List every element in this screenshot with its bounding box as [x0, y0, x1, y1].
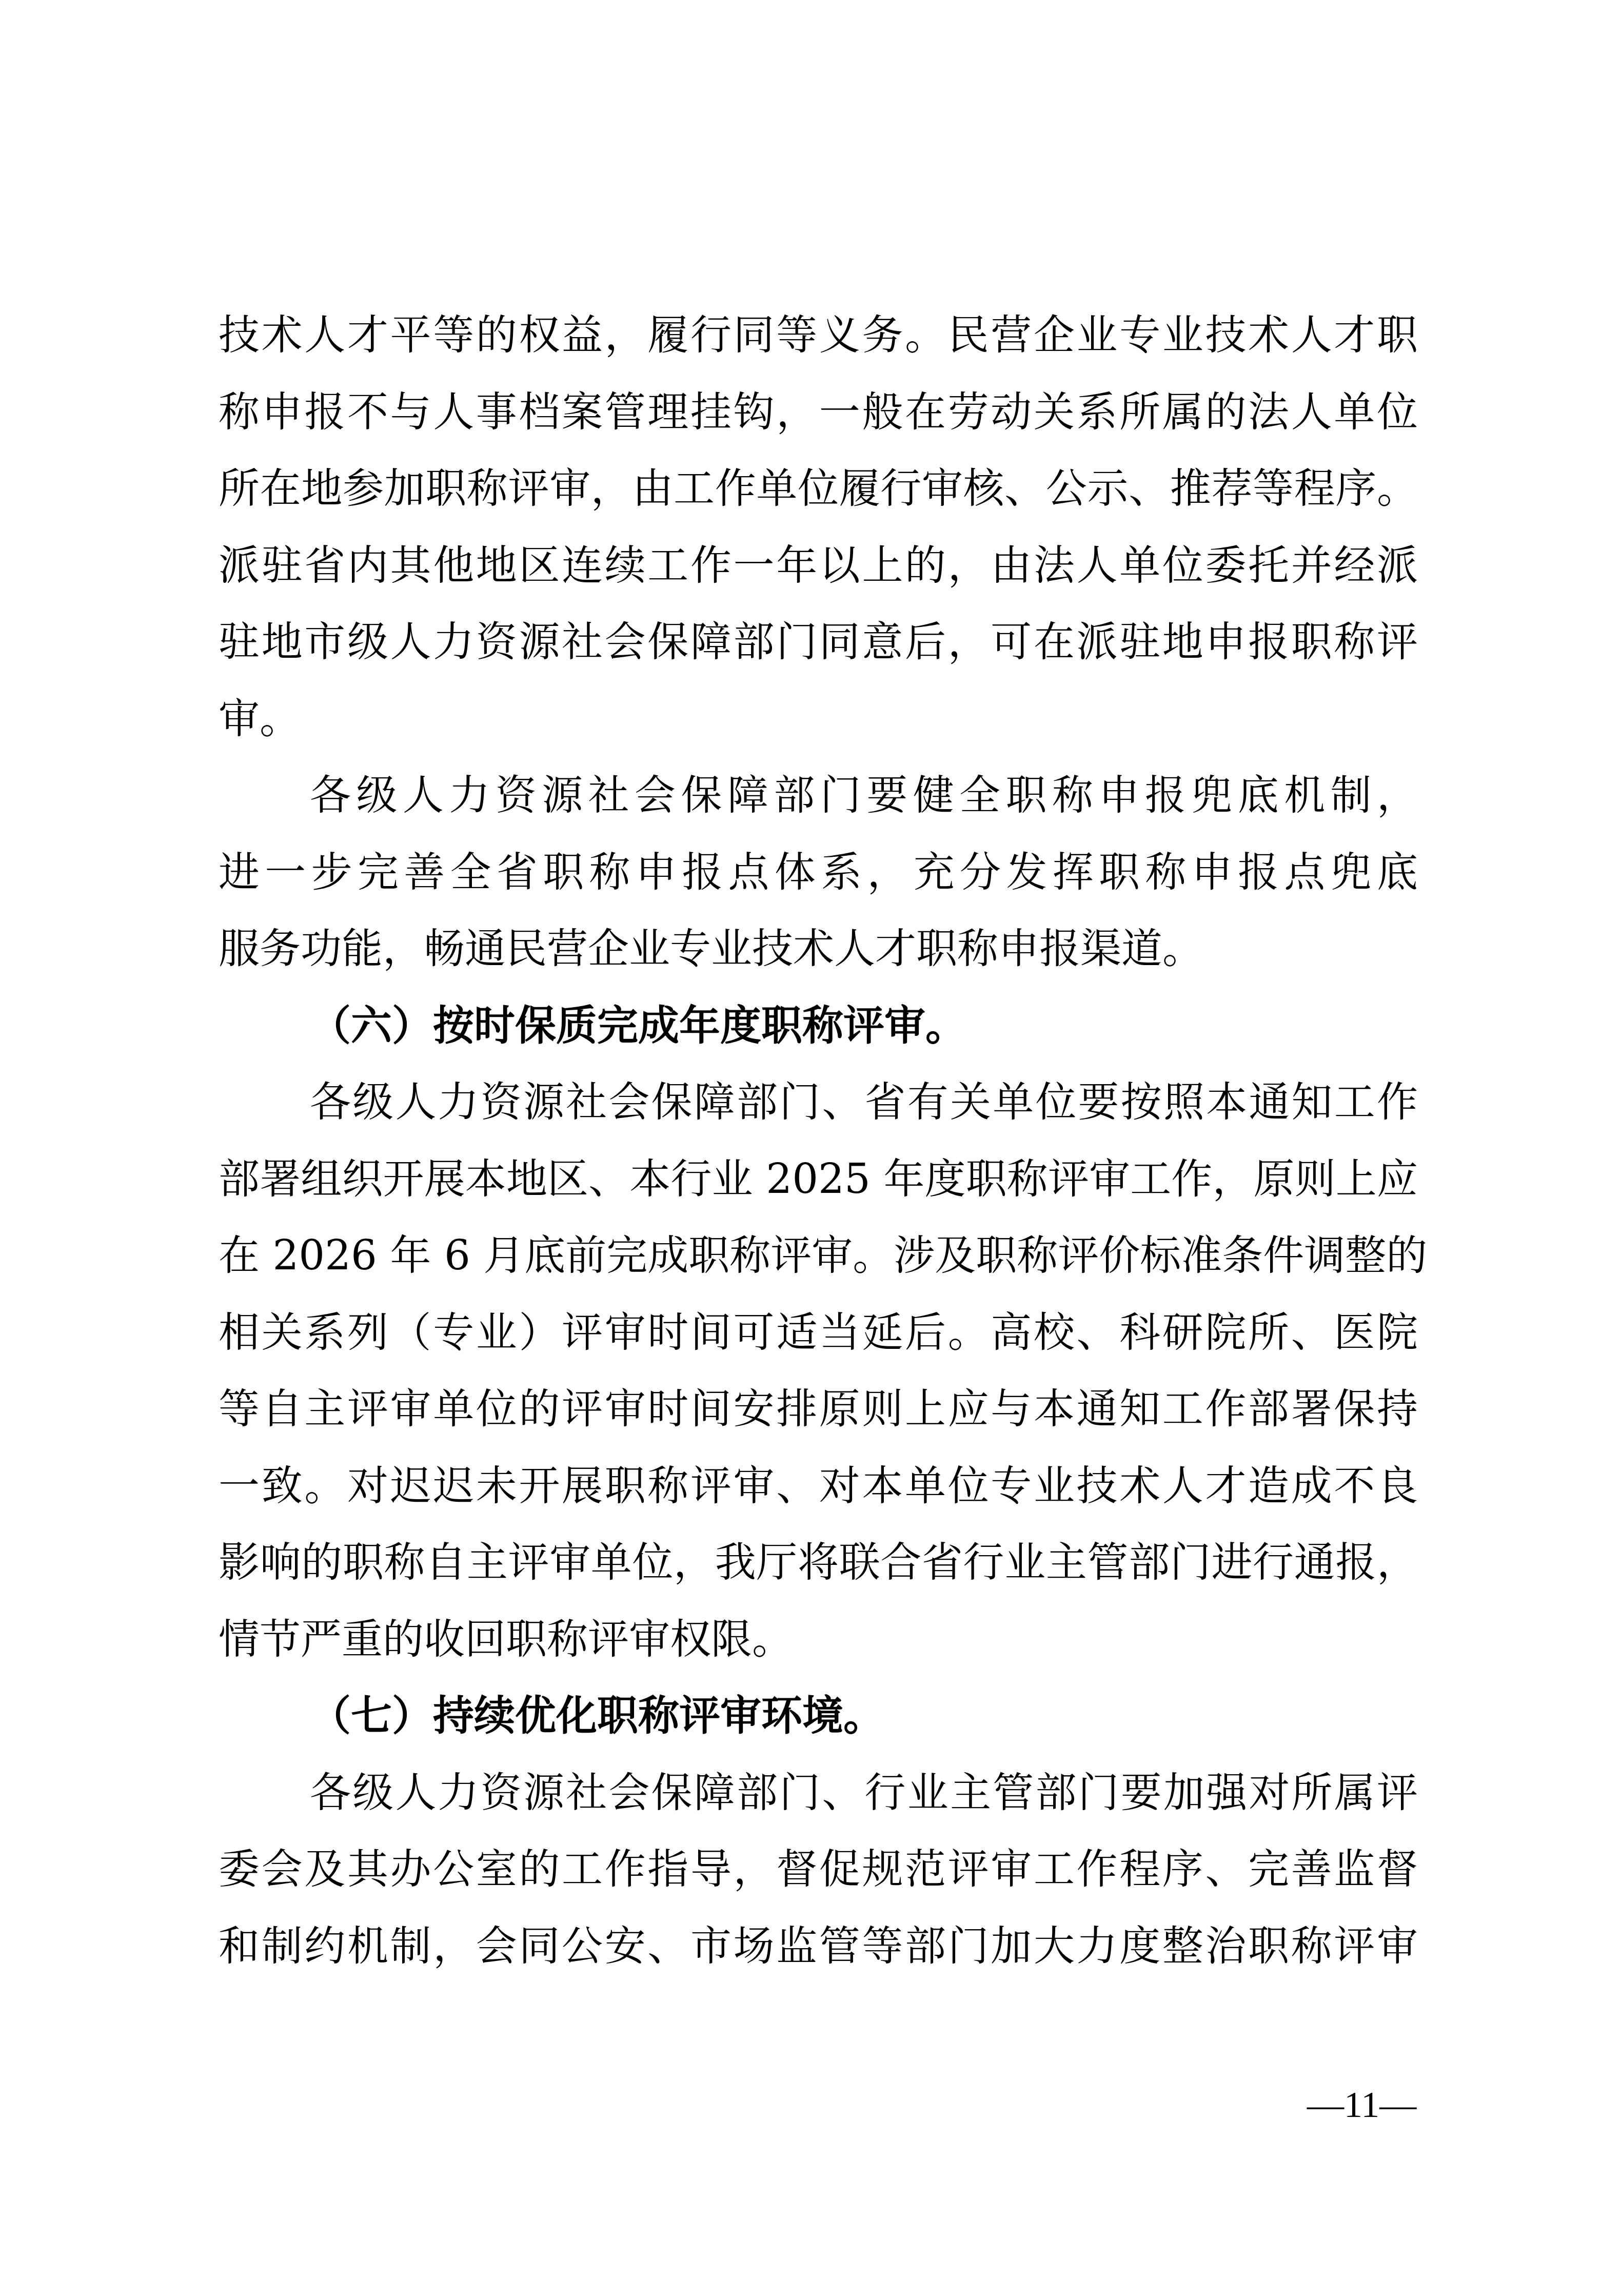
text-line: 称申报不与人事档案管理挂钩，一般在劳动关系所属的法人单位: [219, 374, 1418, 450]
text-line: 审。: [219, 680, 1418, 757]
paragraph-3: 各级人力资源社会保障部门、省有关单位要按照本通知工作 部署组织开展本地区、本行业…: [219, 1064, 1418, 1677]
paragraph-4: 各级人力资源社会保障部门、行业主管部门要加强对所属评 委会及其办公室的工作指导，…: [219, 1754, 1418, 1985]
paragraph-2: 各级人力资源社会保障部门要健全职称申报兜底机制， 进一步完善全省职称申报点体系，…: [219, 757, 1418, 987]
page-number: —11—: [1307, 2084, 1416, 2125]
document-body: 技术人才平等的权益，履行同等义务。民营企业专业技术人才职 称申报不与人事档案管理…: [219, 297, 1418, 1984]
text-line: 服务功能，畅通民营企业专业技术人才职称申报渠道。: [219, 910, 1418, 987]
text-line: 进一步完善全省职称申报点体系，充分发挥职称申报点兜底: [219, 834, 1418, 911]
paragraph-1: 技术人才平等的权益，履行同等义务。民营企业专业技术人才职 称申报不与人事档案管理…: [219, 297, 1418, 757]
text-line: 所在地参加职称评审，由工作单位履行审核、公示、推荐等程序。: [219, 450, 1418, 527]
text-line: 部署组织开展本地区、本行业 2025 年度职称评审工作，原则上应: [219, 1141, 1418, 1218]
text-line: 各级人力资源社会保障部门、行业主管部门要加强对所属评: [219, 1754, 1418, 1831]
text-line: 派驻省内其他地区连续工作一年以上的，由法人单位委托并经派: [219, 527, 1418, 604]
text-line: 委会及其办公室的工作指导，督促规范评审工作程序、完善监督: [219, 1831, 1418, 1908]
document-page: 技术人才平等的权益，履行同等义务。民营企业专业技术人才职 称申报不与人事档案管理…: [0, 0, 1621, 2296]
text-line: 各级人力资源社会保障部门、省有关单位要按照本通知工作: [219, 1064, 1418, 1141]
text-line: 各级人力资源社会保障部门要健全职称申报兜底机制，: [219, 757, 1418, 834]
text-line: 等自主评审单位的评审时间安排原则上应与本通知工作部署保持: [219, 1370, 1418, 1447]
text-line: 情节严重的收回职称评审权限。: [219, 1601, 1418, 1678]
text-line: 相关系列（专业）评审时间可适当延后。高校、科研院所、医院: [219, 1294, 1418, 1371]
section-heading-6: （六）按时保质完成年度职称评审。: [219, 987, 1418, 1064]
text-line: 影响的职称自主评审单位，我厅将联合省行业主管部门进行通报，: [219, 1524, 1418, 1601]
text-line: 驻地市级人力资源社会保障部门同意后，可在派驻地申报职称评: [219, 603, 1418, 680]
section-heading-7: （七）持续优化职称评审环境。: [219, 1677, 1418, 1754]
text-line: 一致。对迟迟未开展职称评审、对本单位专业技术人才造成不良: [219, 1447, 1418, 1524]
text-line: 技术人才平等的权益，履行同等义务。民营企业专业技术人才职: [219, 297, 1418, 374]
text-line: 在 2026 年 6 月底前完成职称评审。涉及职称评价标准条件调整的: [219, 1217, 1418, 1294]
text-line: 和制约机制，会同公安、市场监管等部门加大力度整治职称评审: [219, 1908, 1418, 1985]
